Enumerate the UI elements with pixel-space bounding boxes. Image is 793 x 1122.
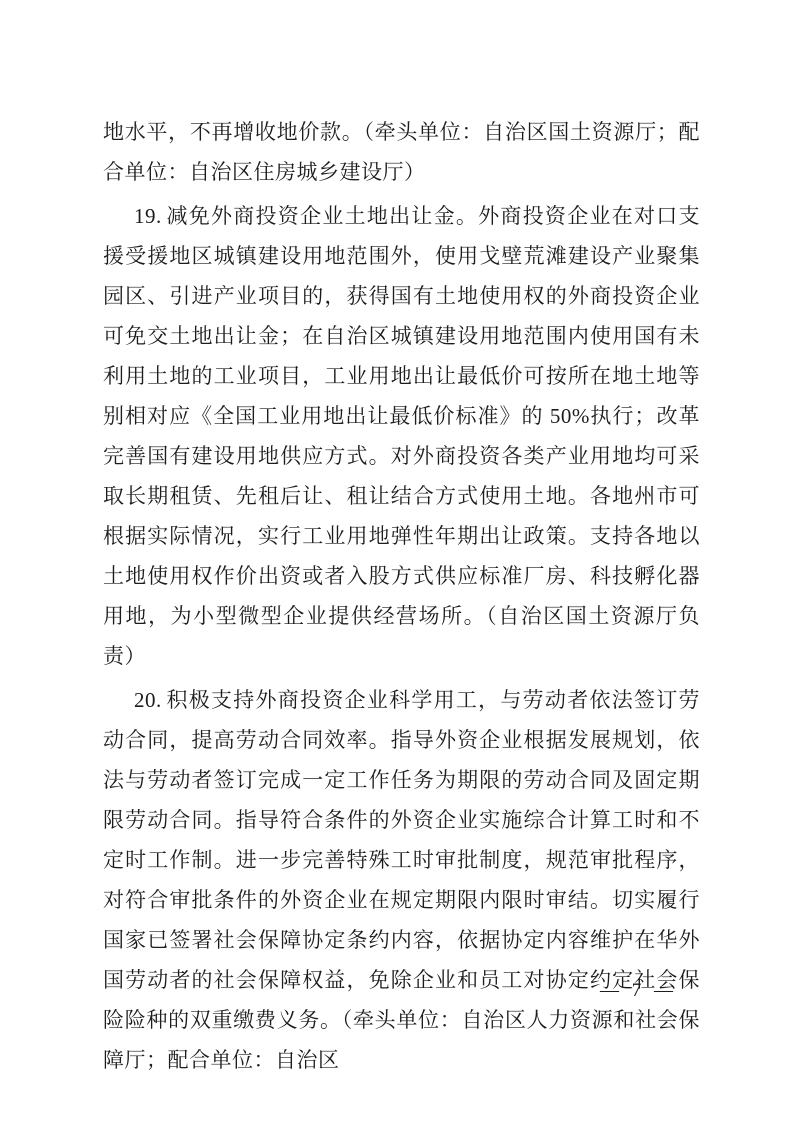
paragraph-text: 地水平，不再增收地价款。（牵头单位：自治区国土资源厅；配合单位：自治区住房城乡建…: [103, 120, 700, 184]
paragraph-item-20: 20.积极支持外商投资企业科学用工，与劳动者依法签订劳动合同，提高劳动合同效率。…: [103, 680, 700, 1080]
paragraph-text: 减免外商投资企业土地出让金。外商投资企业在对口支援受援地区城镇建设用地范围外，使…: [103, 204, 700, 668]
document-body: 地水平，不再增收地价款。（牵头单位：自治区国土资源厅；配合单位：自治区住房城乡建…: [103, 112, 700, 1084]
item-number-20: 20.: [134, 688, 166, 712]
page-number: — 7 —: [600, 980, 677, 1002]
document-page: 地水平，不再增收地价款。（牵头单位：自治区国土资源厅；配合单位：自治区住房城乡建…: [0, 0, 793, 1122]
paragraph-item-19: 19.减免外商投资企业土地出让金。外商投资企业在对口支援受援地区城镇建设用地范围…: [103, 196, 700, 676]
paragraph-text: 积极支持外商投资企业科学用工，与劳动者依法签订劳动合同，提高劳动合同效率。指导外…: [103, 688, 700, 1072]
item-number-19: 19.: [134, 204, 166, 228]
paragraph-continuation: 地水平，不再增收地价款。（牵头单位：自治区国土资源厅；配合单位：自治区住房城乡建…: [103, 112, 700, 192]
